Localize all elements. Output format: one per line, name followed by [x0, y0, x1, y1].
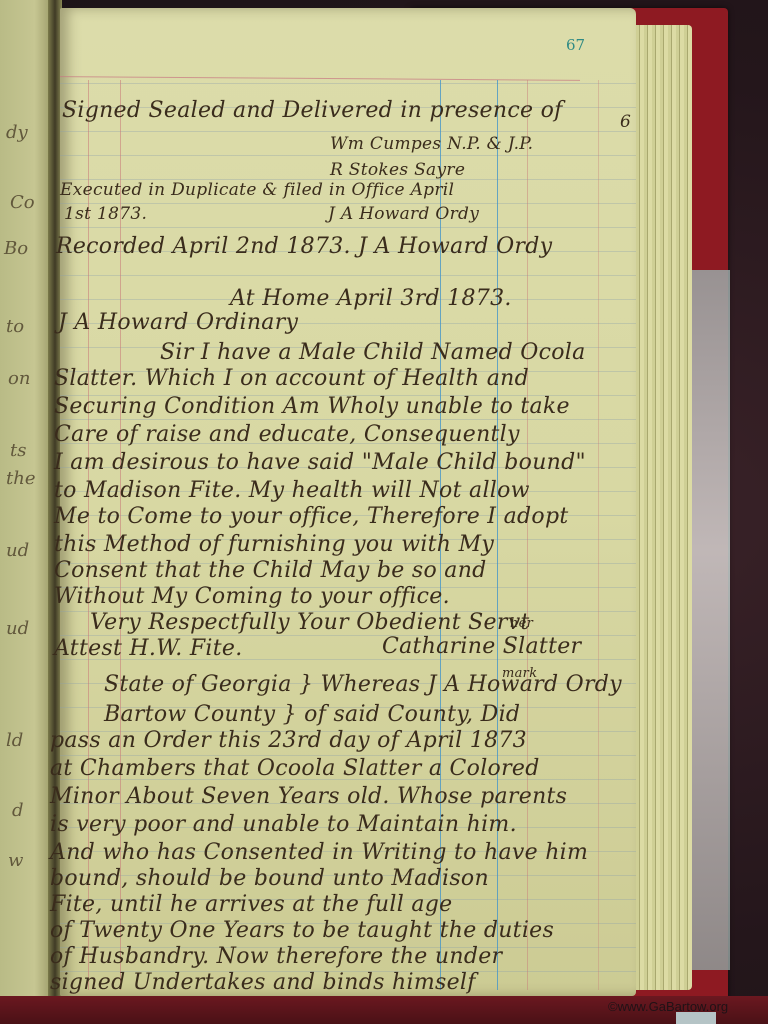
margin-mark: 6 — [620, 112, 631, 132]
signed-line: Signed Sealed and Delivered in presence … — [62, 98, 563, 123]
executed-signature: J A Howard Ordy — [328, 204, 479, 224]
letter-line: Consent that the Child May be so and — [54, 558, 487, 583]
order-line: pass an Order this 23rd day of April 187… — [50, 728, 527, 753]
letter-addressee: J A Howard Ordinary — [58, 310, 298, 335]
letter-line: Care of raise and educate, Consequently — [54, 422, 520, 447]
left-fragment: to — [6, 316, 24, 337]
left-fragment: ud — [6, 618, 29, 639]
signature: Catharine Slatter — [382, 634, 581, 659]
left-fragment: the — [6, 468, 35, 489]
page-number: 67 — [566, 36, 585, 54]
order-line: bound, should be bound unto Madison — [50, 866, 489, 891]
letter-line: to Madison Fite. My health will Not allo… — [54, 478, 530, 503]
signature-her: her — [510, 616, 533, 631]
letter-line: Without My Coming to your office. — [54, 584, 450, 609]
order-line: signed Undertakes and binds himself — [50, 970, 476, 995]
executed-date: 1st 1873. — [64, 204, 147, 224]
cover-stripe — [690, 270, 730, 970]
left-fragment: dy — [6, 122, 28, 143]
left-fragment: ts — [10, 440, 26, 461]
watermark: ©www.GaBartow.org — [608, 999, 728, 1014]
left-fragment: Bo — [4, 238, 28, 259]
order-line: at Chambers that Ocoola Slatter a Colore… — [50, 756, 540, 781]
letter-line: Sir I have a Male Child Named Ocola — [160, 340, 586, 365]
order-line: And who has Consented in Writing to have… — [50, 840, 588, 865]
order-line: of Husbandry. Now therefore the under — [50, 944, 502, 969]
order-line: Bartow County } of said County, Did — [104, 702, 520, 727]
letter-line: Securing Condition Am Wholy unable to ta… — [54, 394, 570, 419]
order-line: Fite, until he arrives at the full age — [50, 892, 452, 917]
order-line: of Twenty One Years to be taught the dut… — [50, 918, 554, 943]
order-line: Minor About Seven Years old. Whose paren… — [50, 784, 567, 809]
witness-line: R Stokes Sayre — [330, 160, 465, 180]
letter-line: this Method of furnishing you with My — [54, 532, 494, 557]
left-fragment: on — [8, 368, 30, 389]
letter-line: Me to Come to your office, Therefore I a… — [54, 504, 568, 529]
witness-line: Wm Cumpes N.P. & J.P. — [330, 134, 533, 154]
letter-dateline: At Home April 3rd 1873. — [230, 286, 512, 311]
left-fragment: w — [8, 850, 23, 871]
left-fragment: d — [12, 800, 24, 821]
letter-line: Slatter. Which I on account of Health an… — [54, 366, 529, 391]
executed-line: Executed in Duplicate & filed in Office … — [60, 180, 454, 200]
column-rule-red — [598, 80, 599, 990]
order-line: State of Georgia } Whereas J A Howard Or… — [104, 672, 622, 697]
left-fragment: ud — [6, 540, 29, 561]
recorded-line: Recorded April 2nd 1873. J A Howard Ordy — [56, 234, 552, 259]
letter-line: I am desirous to have said "Male Child b… — [54, 450, 586, 475]
left-fragment: ld — [6, 730, 23, 751]
attest-line: Attest H.W. Fite. — [54, 636, 243, 661]
letter-closing: Very Respectfully Your Obedient Servt — [90, 610, 530, 635]
order-line: is very poor and unable to Maintain him. — [50, 812, 517, 837]
left-fragment: Co — [10, 192, 35, 213]
